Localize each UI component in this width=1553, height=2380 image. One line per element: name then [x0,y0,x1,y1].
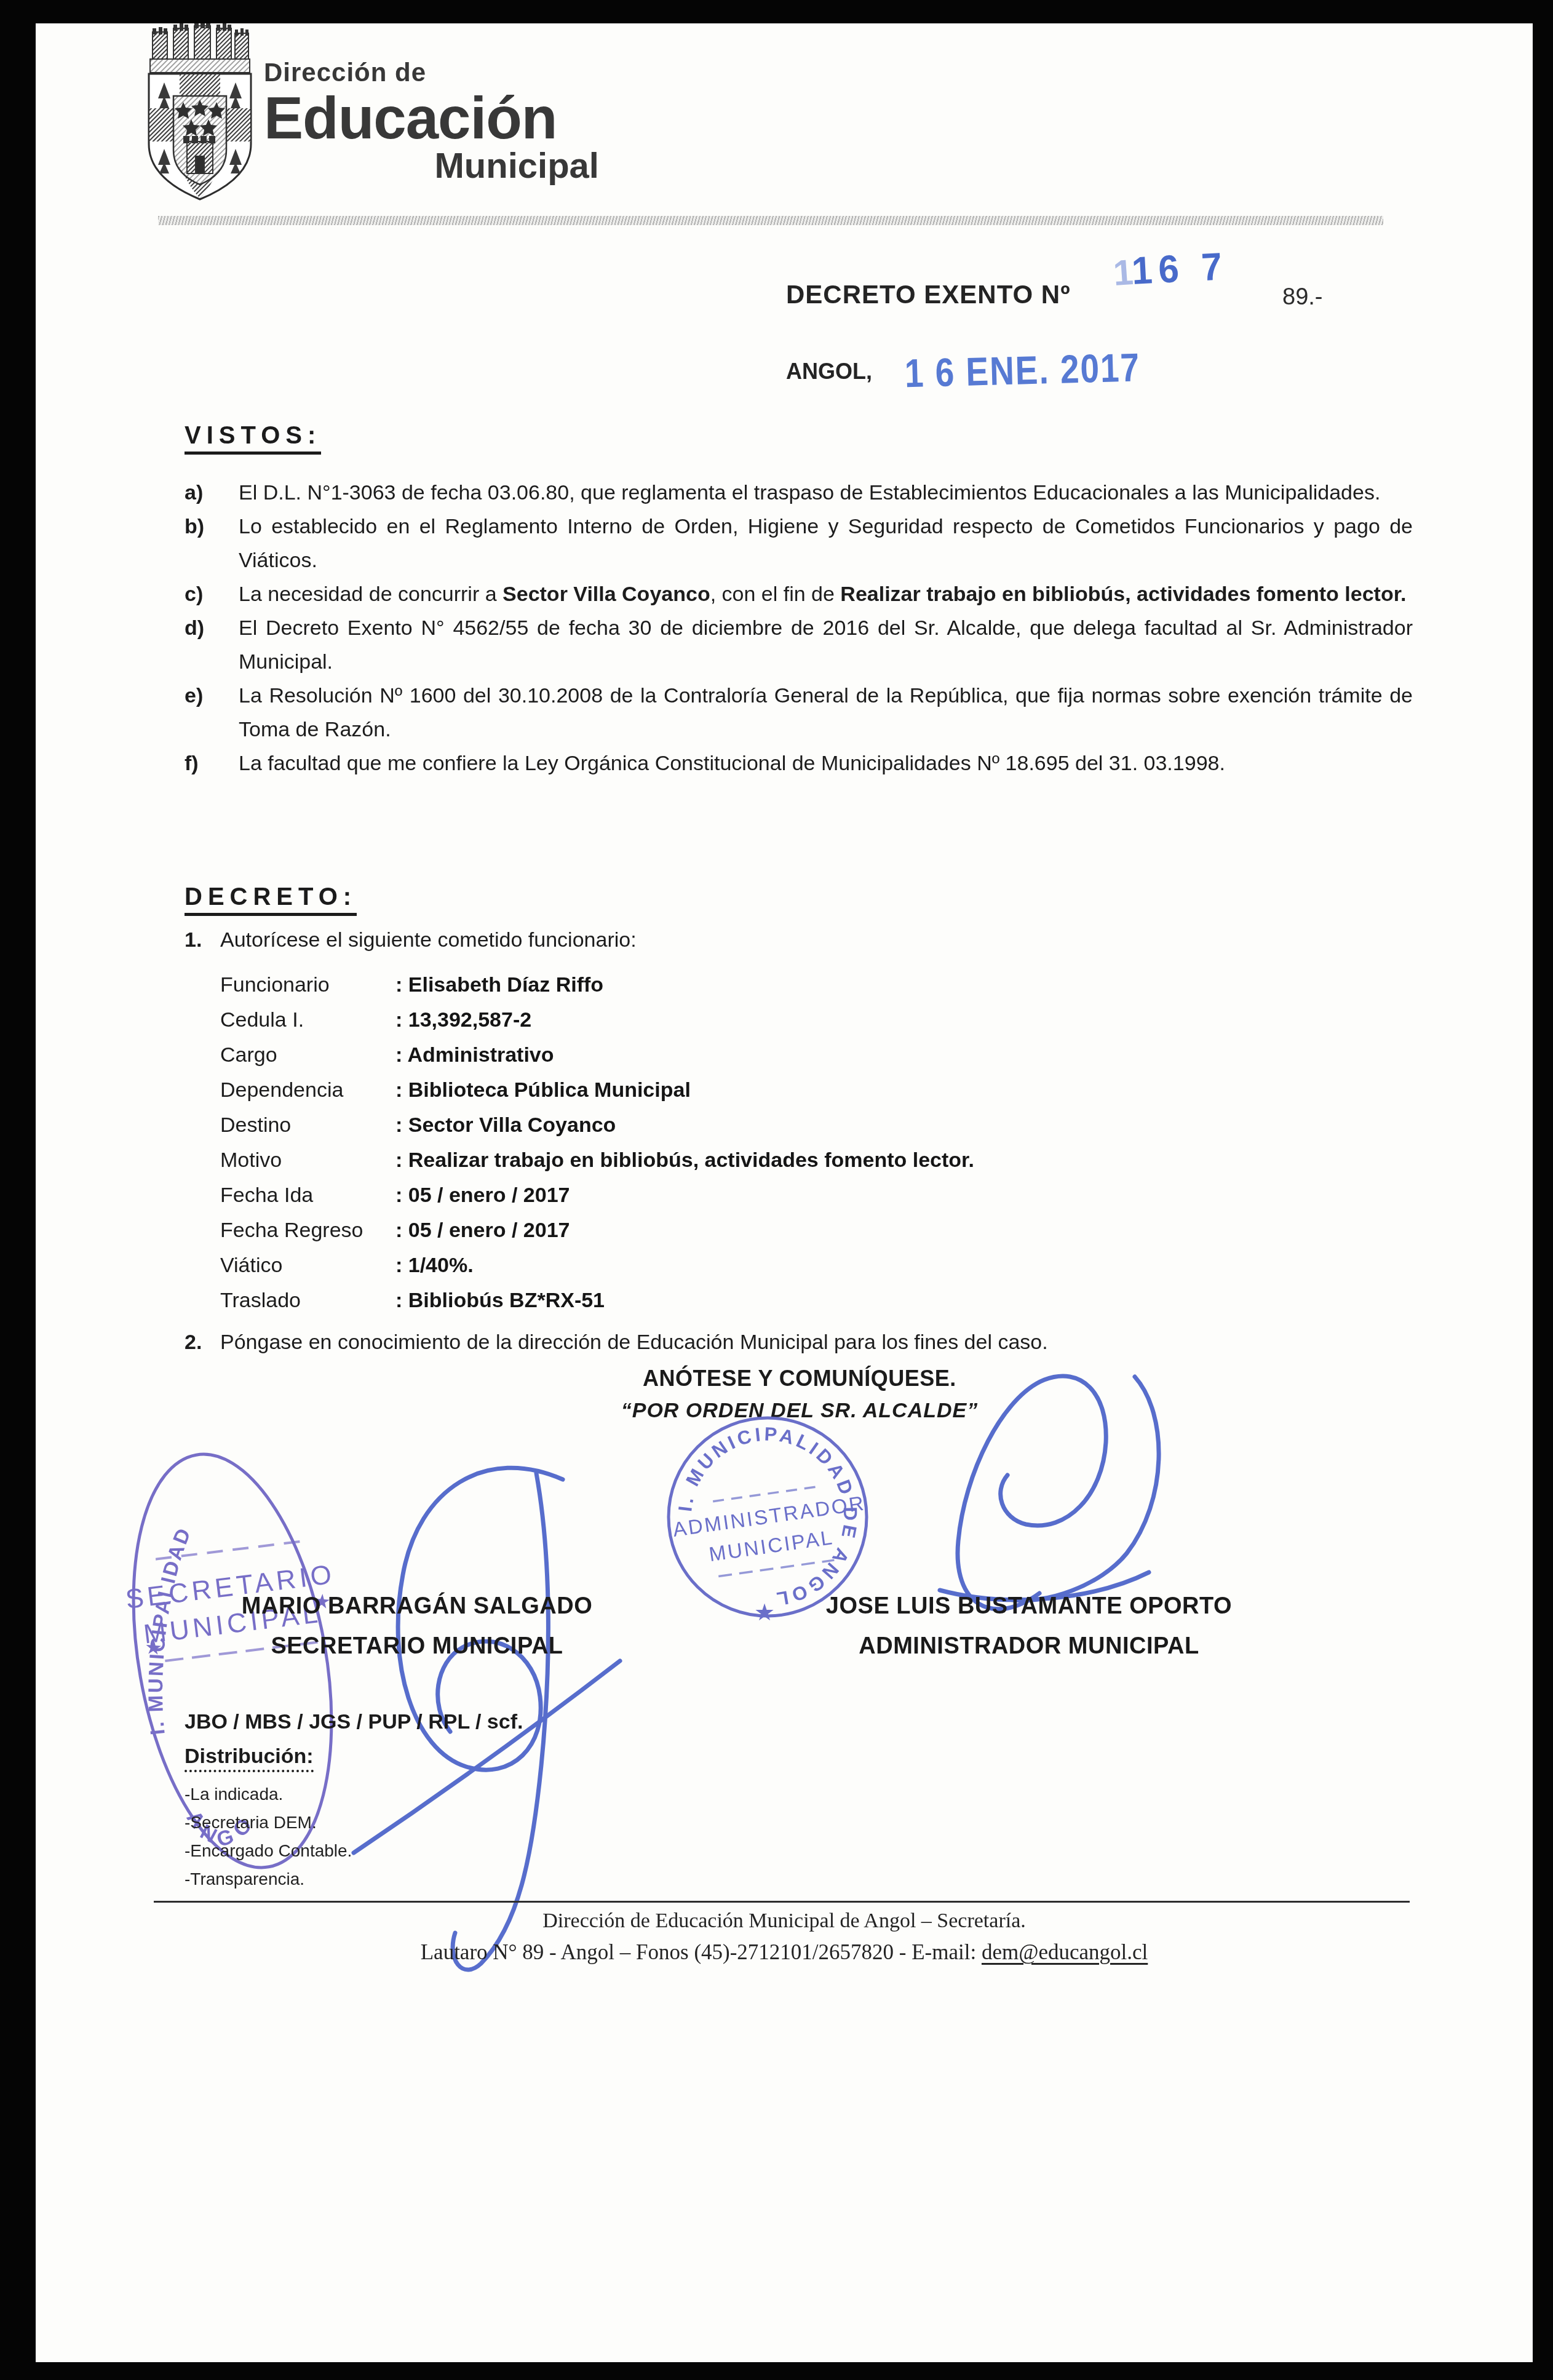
table-row: Viático: 1/40%. [220,1254,1327,1289]
table-row: Cedula I.: 13,392,587-2 [220,1008,1327,1043]
decree-number-suffix: 89.- [1282,284,1322,311]
decree-number-stamp: 16 7 [1130,244,1229,293]
distribution-item: -Encargado Contable. [185,1837,352,1865]
logo-line-2: Educación [264,85,599,153]
decreto-item-2: 2. Póngase en conocimiento de la direcci… [185,1326,1413,1358]
item-marker: b) [185,510,239,578]
signatory-left: MARIO BARRAGÁN SALGADO SECRETARIO MUNICI… [191,1593,643,1660]
distribution-item: -Secretaria DEM. [185,1809,352,1837]
date-stamp: 1 6 ENE. 2017 [904,344,1141,397]
table-row: Fecha Regreso: 05 / enero / 2017 [220,1219,1327,1254]
vistos-item-b: b) Lo establecido en el Reglamento Inter… [185,510,1413,578]
table-row: Dependencia: Biblioteca Pública Municipa… [220,1078,1327,1113]
item-text: Póngase en conocimiento de la dirección … [220,1326,1413,1358]
svg-text:ADMINISTRADOR: ADMINISTRADOR [671,1491,867,1541]
distribution-heading: Distribución: [185,1745,314,1772]
closing-order: “POR ORDEN DEL SR. ALCALDE” [577,1399,1022,1423]
stamp-star-icon: ★ [144,1636,163,1659]
decree-title: DECRETO EXENTO Nº [786,280,1071,309]
distribution-list: -La indicada. -Secretaria DEM. -Encargad… [185,1780,352,1893]
city-label: ANGOL, [786,359,872,384]
item-text: La facultad que me confiere la Ley Orgán… [239,747,1413,781]
responsibility-initials: JBO / MBS / JGS / PUP / RPL / scf. [185,1710,523,1734]
item-text: Lo establecido en el Reglamento Interno … [239,510,1413,578]
vistos-item-d: d) El Decreto Exento N° 4562/55 de fecha… [185,611,1413,679]
vistos-item-a: a) El D.L. N°1-3063 de fecha 03.06.80, q… [185,476,1413,510]
signatory-title: SECRETARIO MUNICIPAL [191,1633,643,1660]
table-row: Destino: Sector Villa Coyanco [220,1113,1327,1148]
signatory-right: JOSE LUIS BUSTAMANTE OPORTO ADMINISTRADO… [780,1593,1278,1660]
item-marker: f) [185,747,239,781]
footer-contact-line: Lautaro N° 89 - Angol – Fonos (45)-27121… [36,1940,1533,1965]
item-marker: a) [185,476,239,510]
table-row: Cargo: Administrativo [220,1043,1327,1078]
footer-org-line: Dirección de Educación Municipal de Ango… [36,1909,1533,1933]
header-separator [158,216,1383,225]
item-marker: d) [185,611,239,679]
distribution-item: -Transparencia. [185,1865,352,1893]
vistos-heading: VISTOS: [185,422,321,455]
footer-divider [154,1901,1410,1903]
item-text: El D.L. N°1-3063 de fecha 03.06.80, que … [239,476,1413,510]
closing-formula: ANÓTESE Y COMUNÍQUESE. [577,1366,1022,1391]
decreto-heading: DECRETO: [185,883,357,916]
stamp-star-icon: ★ [754,1600,775,1626]
commission-table: Funcionario: Elisabeth Díaz Riffo Cedula… [220,973,1327,1324]
item-marker: e) [185,679,239,747]
table-row: Motivo: Realizar trabajo en bibliobús, a… [220,1148,1327,1184]
logo-wordmark: Dirección de Educación Municipal [264,58,599,186]
logo-line-1: Dirección de [264,58,599,87]
table-row: Funcionario: Elisabeth Díaz Riffo [220,973,1327,1008]
closing-block: ANÓTESE Y COMUNÍQUESE. “POR ORDEN DEL SR… [577,1366,1022,1423]
scanned-decree-screenshot: { "document": { "logo": { "line1": "Dire… [0,0,1553,2380]
vistos-item-e: e) La Resolución Nº 1600 del 30.10.2008 … [185,679,1413,747]
signatory-title: ADMINISTRADOR MUNICIPAL [780,1633,1278,1660]
signatory-name: JOSE LUIS BUSTAMANTE OPORTO [780,1593,1278,1620]
decreto-item-1: 1. Autorícese el siguiente cometido func… [185,924,1413,956]
table-row: Traslado: Bibliobús BZ*RX-51 [220,1289,1327,1324]
vistos-list: a) El D.L. N°1-3063 de fecha 03.06.80, q… [185,476,1413,781]
table-row: Fecha Ida: 05 / enero / 2017 [220,1184,1327,1219]
signatory-name: MARIO BARRAGÁN SALGADO [191,1593,643,1620]
item-text: Autorícese el siguiente cometido funcion… [220,924,1413,956]
item-text: El Decreto Exento N° 4562/55 de fecha 30… [239,611,1413,679]
distribution-item: -La indicada. [185,1780,352,1809]
item-marker: c) [185,578,239,611]
item-marker: 2. [185,1326,220,1358]
footer-email: dem@educangol.cl [982,1940,1148,1964]
vistos-item-c: c) La necesidad de concurrir a Sector Vi… [185,578,1413,611]
svg-text:I. MUNICIPALIDAD: I. MUNICIPALIDAD [140,1522,196,1738]
document-page: Dirección de Educación Municipal DECRETO… [36,23,1533,2362]
item-text: La necesidad de concurrir a Sector Villa… [239,578,1413,611]
footer-address: Lautaro N° 89 - Angol – Fonos (45)-27121… [421,1940,982,1964]
svg-text:I. MUNICIPALIDAD DE ANGOL: I. MUNICIPALIDAD DE ANGOL [674,1423,861,1610]
item-text: La Resolución Nº 1600 del 30.10.2008 de … [239,679,1413,747]
item-marker: 1. [185,924,220,956]
vistos-item-f: f) La facultad que me confiere la Ley Or… [185,747,1413,781]
svg-text:MUNICIPAL: MUNICIPAL [707,1526,835,1566]
municipal-coat-of-arms-icon [135,23,258,203]
